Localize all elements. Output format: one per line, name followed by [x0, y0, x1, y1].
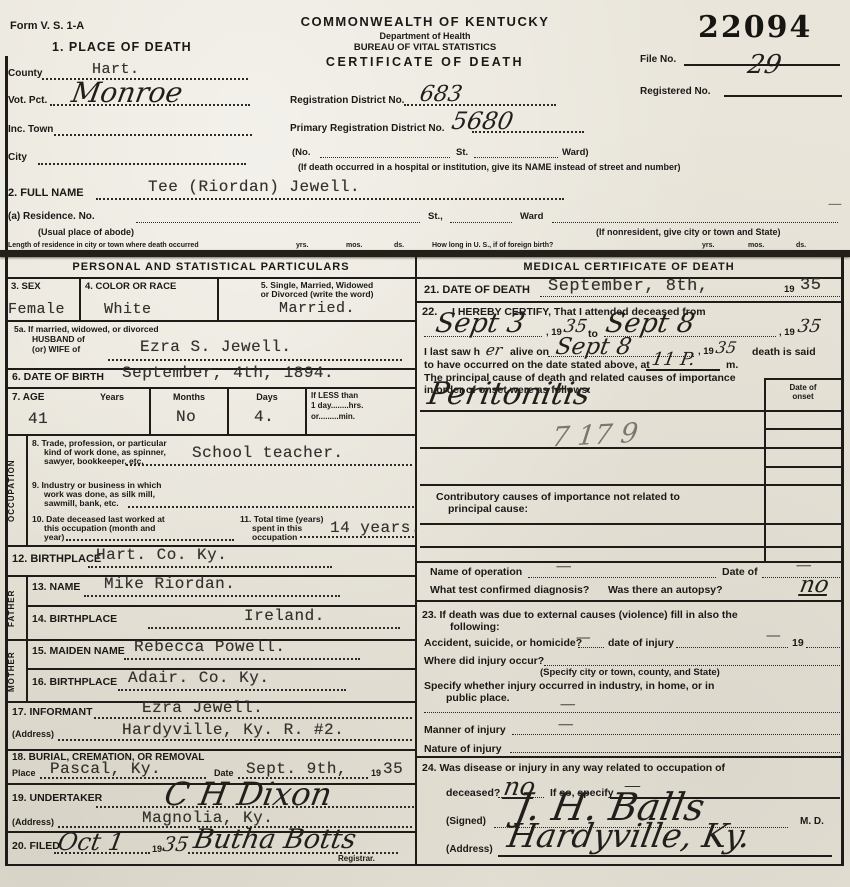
dod-year-value: 35	[800, 276, 821, 295]
autopsy-value: no	[798, 572, 831, 598]
occurred-text: to have occurred on the date stated abov…	[424, 359, 650, 371]
burial-place-label: Place	[12, 768, 36, 778]
length-residence-label: Length of residence in city or town wher…	[8, 242, 199, 249]
injury-year-line	[806, 647, 840, 648]
if-less-label-2: 1 day........hrs.	[311, 401, 363, 410]
bureau-title: BUREAU OF VITAL STATISTICS	[280, 42, 570, 53]
hospital-note: (If death occurred in a hospital or inst…	[298, 162, 681, 172]
physician-address-value: Hardyville, Ky.	[505, 816, 754, 855]
occurred-time-value: 11 P.	[650, 349, 697, 370]
vot-pct-line	[50, 104, 250, 106]
physician-address-label: (Address)	[446, 844, 493, 855]
dod-year-printed: 19	[784, 284, 795, 295]
mother-name-label: 15. MAIDEN NAME	[32, 645, 125, 657]
nature-line	[510, 752, 840, 753]
full-name-value: Tee (Riordan) Jewell.	[148, 178, 360, 196]
birthplace-value: Hart. Co. Ky.	[96, 546, 227, 564]
father-birthplace-label: 14. BIRTHPLACE	[32, 613, 117, 625]
burial-year-value: 35	[383, 760, 403, 778]
mother-name-line	[124, 658, 360, 660]
how-long-us-label: How long in U. S., if of foreign birth?	[432, 242, 553, 249]
section23-bottom-border	[417, 756, 841, 758]
form-number: Form V. S. 1-A	[10, 20, 84, 32]
ds-label-2: ds.	[796, 242, 806, 249]
full-name-line	[96, 198, 564, 200]
cause-line-1	[420, 410, 764, 412]
operation-label: Name of operation	[430, 566, 522, 578]
injury-date-line	[676, 647, 788, 648]
registrar-signature: Butha Botts	[191, 824, 358, 855]
mother-birthplace-label: 16. BIRTHPLACE	[32, 676, 117, 688]
inc-town-line	[54, 134, 252, 136]
father-name-value: Mike Riordan.	[104, 575, 235, 593]
residence-label: (a) Residence. No.	[8, 211, 95, 222]
vot-pct-label: Vot. Pct.	[8, 95, 47, 106]
street-no-line	[320, 157, 450, 158]
certificate-title: CERTIFICATE OF DEATH	[280, 55, 570, 69]
father-birthplace-line	[148, 627, 400, 629]
undertaker-label: 19. UNDERTAKER	[12, 792, 102, 804]
last-worked-label-3: year)	[44, 532, 64, 542]
row17-bottom-border	[6, 749, 416, 751]
age-years-label: Years	[100, 392, 124, 402]
city-line	[38, 163, 246, 165]
father-inner-border	[26, 605, 416, 607]
onset-label-2: onset	[766, 392, 840, 401]
city-label: City	[8, 152, 27, 163]
attended-from-value: Sept 3	[433, 308, 527, 339]
age-days-label: Days	[228, 392, 306, 402]
attended-to-year-printed: , 19	[779, 327, 795, 338]
undertaker-address-label: (Address)	[12, 817, 54, 827]
primary-district-line	[472, 131, 584, 133]
industry-line	[128, 506, 414, 508]
mother-birthplace-line	[118, 689, 346, 691]
right-page-border	[841, 257, 844, 866]
specify-text-1: Specify whether injury occurred in indus…	[424, 680, 714, 692]
registration-district-label: Registration District No.	[290, 95, 404, 106]
place-of-death-title: 1. PLACE OF DEATH	[52, 40, 192, 54]
sex-label: 3. SEX	[11, 281, 41, 292]
residence-st-line	[450, 222, 512, 223]
father-birthplace-value: Ireland.	[244, 607, 325, 625]
attended-from-line	[424, 336, 542, 337]
physician-address-line	[498, 855, 832, 857]
row6-bottom-border	[6, 387, 416, 389]
mother-vertical-label: MOTHER	[7, 641, 25, 702]
county-label: County	[8, 68, 42, 79]
operation-line	[528, 577, 716, 578]
test-label: What test confirmed diagnosis?	[430, 584, 589, 596]
father-name-label: 13. NAME	[32, 581, 80, 593]
registrar-label: Registrar.	[338, 854, 375, 863]
undertaker-line	[96, 806, 414, 808]
row3-divider-1	[79, 277, 81, 320]
row7-bottom-border	[6, 434, 416, 436]
contributory-text-2: principal cause:	[448, 503, 528, 515]
deceased-label: deceased?	[446, 787, 500, 799]
trade-line	[126, 464, 412, 466]
specify-text-2: public place.	[446, 692, 510, 704]
father-name-line	[84, 595, 340, 597]
onset-label-1: Date of	[766, 383, 840, 392]
last-worked-line	[66, 539, 234, 541]
primary-district-label: Primary Registration District No.	[290, 123, 444, 134]
husband-label-1: 5a. If married, widowed, or divorced	[14, 324, 159, 334]
yrs-label-1: yrs.	[296, 242, 308, 249]
date-of-death-value: September, 8th,	[548, 277, 709, 296]
registered-no-value: 29	[745, 50, 783, 80]
onset-line-3	[766, 447, 842, 449]
attended-to-year-value: 35	[796, 316, 823, 337]
last-saw-year-value: 35	[714, 338, 738, 357]
occupation-box-divider	[26, 436, 28, 545]
marital-label-2: or Divorced (write the word)	[218, 289, 416, 299]
medical-section-title: MEDICAL CERTIFICATE OF DEATH	[417, 257, 841, 279]
registered-no-line	[724, 95, 842, 97]
mos-label-1: mos.	[346, 242, 362, 249]
external-text-1: 23. If death was due to external causes …	[422, 609, 738, 621]
residence-no-line	[136, 222, 420, 223]
age-months-value: No	[176, 408, 196, 426]
contributory-line-1	[420, 523, 764, 525]
file-stamp-number: 22094	[698, 10, 812, 45]
age-label: 7. AGE	[12, 392, 44, 403]
bottom-border	[5, 864, 844, 866]
nature-injury-label: Nature of injury	[424, 743, 502, 755]
dod-line	[540, 296, 840, 297]
informant-address-value: Hardyville, Ky. R. #2.	[122, 721, 344, 739]
death-said-text: death is said	[752, 346, 816, 358]
commonwealth-title: COMMONWEALTH OF KENTUCKY	[280, 14, 570, 29]
onset-line-7	[766, 546, 842, 548]
ds-label-1: ds.	[394, 242, 404, 249]
husband-line	[108, 359, 402, 361]
thick-divider-band	[0, 250, 850, 257]
onset-box-left-border	[764, 378, 766, 562]
specify-note: (Specify city or town, county, and State…	[540, 667, 720, 678]
onset-box-top-border	[764, 378, 842, 380]
onset-line-2	[766, 428, 842, 430]
yrs-label-2: yrs.	[702, 242, 714, 249]
dob-label: 6. DATE OF BIRTH	[12, 371, 104, 383]
filed-label: 20. FILED	[12, 840, 60, 852]
total-time-label-3: occupation	[252, 532, 297, 542]
accident-label: Accident, suicide, or homicide?	[424, 637, 582, 649]
occupation-related-text: 24. Was disease or injury in any way rel…	[422, 762, 725, 774]
onset-line-4	[766, 466, 842, 468]
race-label: 4. COLOR OR RACE	[85, 281, 176, 292]
row21-bottom-border	[417, 301, 841, 303]
injury-year-printed: 19	[792, 637, 804, 649]
operation-dash: —	[554, 556, 573, 575]
informant-value: Ezra Jewell.	[142, 699, 263, 717]
where-injury-line	[544, 665, 840, 666]
occurred-time-line	[646, 369, 720, 371]
accident-line	[578, 647, 604, 648]
street-label: St.	[456, 147, 468, 158]
injury-date-label: date of injury	[608, 637, 674, 649]
last-saw-sex-value: er	[484, 341, 503, 359]
onset-line-1	[766, 410, 842, 412]
inc-town-label: Inc. Town	[8, 124, 53, 135]
informant-label: 17. INFORMANT	[12, 706, 93, 718]
specify-dash: —	[558, 694, 577, 713]
file-no-label: File No.	[640, 54, 676, 65]
specify-line	[424, 712, 840, 713]
mother-box-divider	[26, 641, 28, 702]
cause-scribble: 7 17 9	[550, 418, 640, 454]
onset-line-5	[766, 484, 842, 486]
registered-no-label: Registered No.	[640, 86, 711, 97]
injury-date-dash: —	[764, 626, 782, 644]
father-box-divider	[26, 577, 28, 640]
husband-value: Ezra S. Jewell.	[140, 338, 292, 356]
manner-line	[512, 734, 840, 735]
informant-address-line	[58, 739, 412, 741]
item22-number: 22.	[422, 306, 437, 318]
filed-year-value: 35	[161, 832, 191, 856]
street-line	[474, 157, 558, 158]
mos-label-2: mos.	[748, 242, 764, 249]
cause-line-3	[420, 484, 764, 486]
birthplace-label: 12. BIRTHPLACE	[12, 553, 101, 565]
birthplace-line	[88, 566, 332, 568]
father-vertical-label: FATHER	[7, 577, 25, 640]
industry-label-3: sawmill, bank, etc.	[44, 498, 119, 508]
total-time-value: 14 years.	[330, 519, 421, 537]
nonresident-note: (If nonresident, give city or town and S…	[596, 227, 781, 237]
last-saw-year-printed: , 19	[698, 346, 714, 357]
burial-year-printed: 19	[371, 768, 381, 778]
burial-place-value: Pascal, Ky.	[50, 760, 161, 778]
where-injury-label: Where did injury occur?	[424, 655, 544, 667]
abode-note: (Usual place of abode)	[38, 227, 134, 237]
filed-date-line	[54, 852, 150, 854]
manner-dash: —	[556, 714, 575, 733]
if-less-label-3: or.........min.	[311, 412, 355, 421]
residence-ward-label: Ward	[520, 211, 543, 222]
date-of-death-label: 21. DATE OF DEATH	[424, 284, 530, 296]
dob-value: September, 4th, 1894.	[122, 364, 334, 382]
autopsy-row-border	[417, 600, 841, 602]
ward-label: Ward)	[562, 147, 589, 158]
if-less-label-1: If LESS than	[311, 391, 358, 400]
last-saw-text-2: alive on	[510, 346, 549, 358]
death-certificate-scan: Form V. S. 1-A 1. PLACE OF DEATH County …	[0, 0, 850, 887]
stray-mark: —	[827, 196, 844, 212]
husband-label-3: (or) WIFE of	[32, 344, 80, 354]
contributory-text-1: Contributory causes of importance not re…	[436, 491, 680, 503]
autopsy-label: Was there an autopsy?	[608, 584, 723, 596]
personal-section-title: PERSONAL AND STATISTICAL PARTICULARS	[6, 257, 416, 279]
husband-label-2: HUSBAND of	[32, 334, 85, 344]
sex-value: Female	[8, 301, 65, 318]
md-label: M. D.	[800, 816, 824, 827]
trade-value: School teacher.	[192, 444, 344, 462]
full-name-label: 2. FULL NAME	[8, 187, 84, 199]
m-label: m.	[726, 359, 738, 371]
total-time-line	[300, 536, 414, 538]
age-years-value: 41	[28, 410, 48, 428]
row3-bottom-border	[6, 320, 416, 322]
race-value: White	[104, 301, 152, 318]
mother-birthplace-value: Adair. Co. Ky.	[128, 669, 269, 687]
mother-name-value: Rebecca Powell.	[134, 638, 286, 656]
residence-ward-line	[552, 222, 838, 223]
marital-value: Married.	[218, 300, 416, 317]
manner-injury-label: Manner of injury	[424, 724, 506, 736]
external-text-2: following:	[450, 621, 500, 633]
onset-line-6	[766, 523, 842, 525]
operation-date-label: Date of	[722, 566, 758, 578]
informant-address-label: (Address)	[12, 729, 54, 739]
age-months-label: Months	[150, 392, 228, 402]
registration-district-line	[404, 104, 556, 106]
age-days-value: 4.	[254, 408, 274, 426]
department-title: Department of Health	[280, 31, 570, 41]
accident-dash: —	[574, 628, 592, 646]
onset-box-bottom-border	[417, 561, 841, 563]
contributory-line-2	[420, 546, 764, 548]
signed-label: (Signed)	[446, 816, 486, 827]
last-saw-text-1: I last saw h	[424, 346, 480, 358]
occupation-vertical-label: OCCUPATION	[7, 436, 25, 545]
residence-st-label: St.,	[428, 211, 443, 222]
street-no-label: (No.	[292, 147, 310, 158]
cause-of-death-value: Peritonitis	[425, 376, 593, 412]
informant-line	[94, 717, 412, 719]
